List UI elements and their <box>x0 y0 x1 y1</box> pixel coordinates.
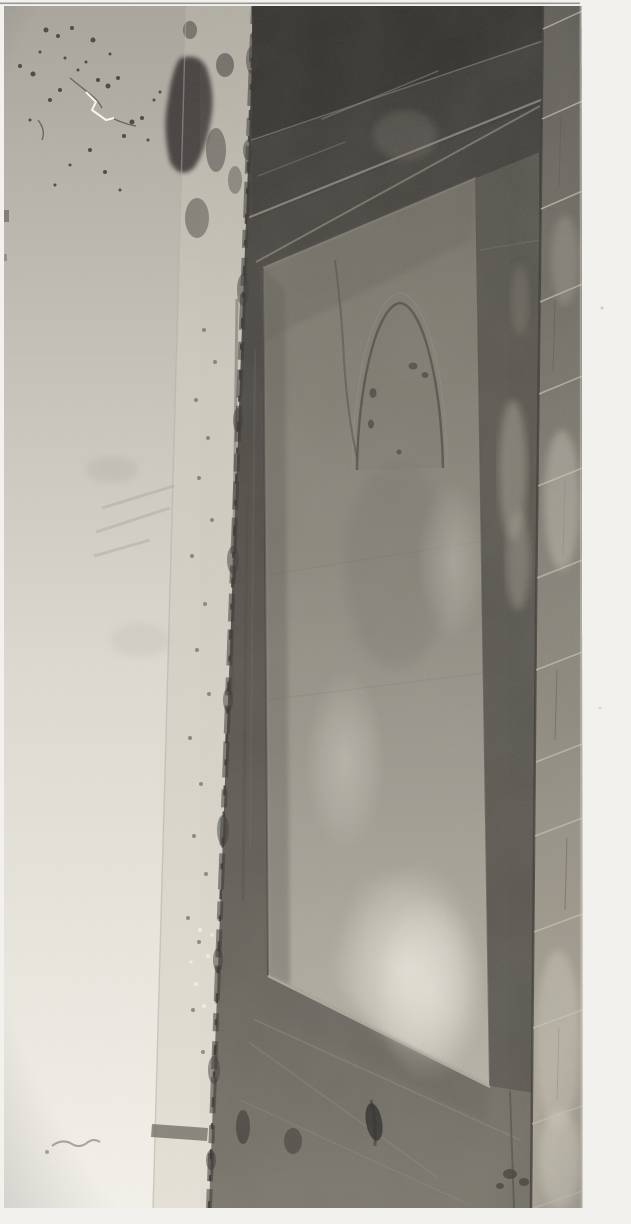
vignette <box>4 6 583 1208</box>
print-top-rule <box>0 3 580 5</box>
photo-page <box>0 0 631 1224</box>
photo-emulsion <box>0 6 583 1210</box>
archival-photo <box>0 0 631 1224</box>
margin-speck-2 <box>599 707 602 710</box>
margin-speck <box>601 307 604 310</box>
